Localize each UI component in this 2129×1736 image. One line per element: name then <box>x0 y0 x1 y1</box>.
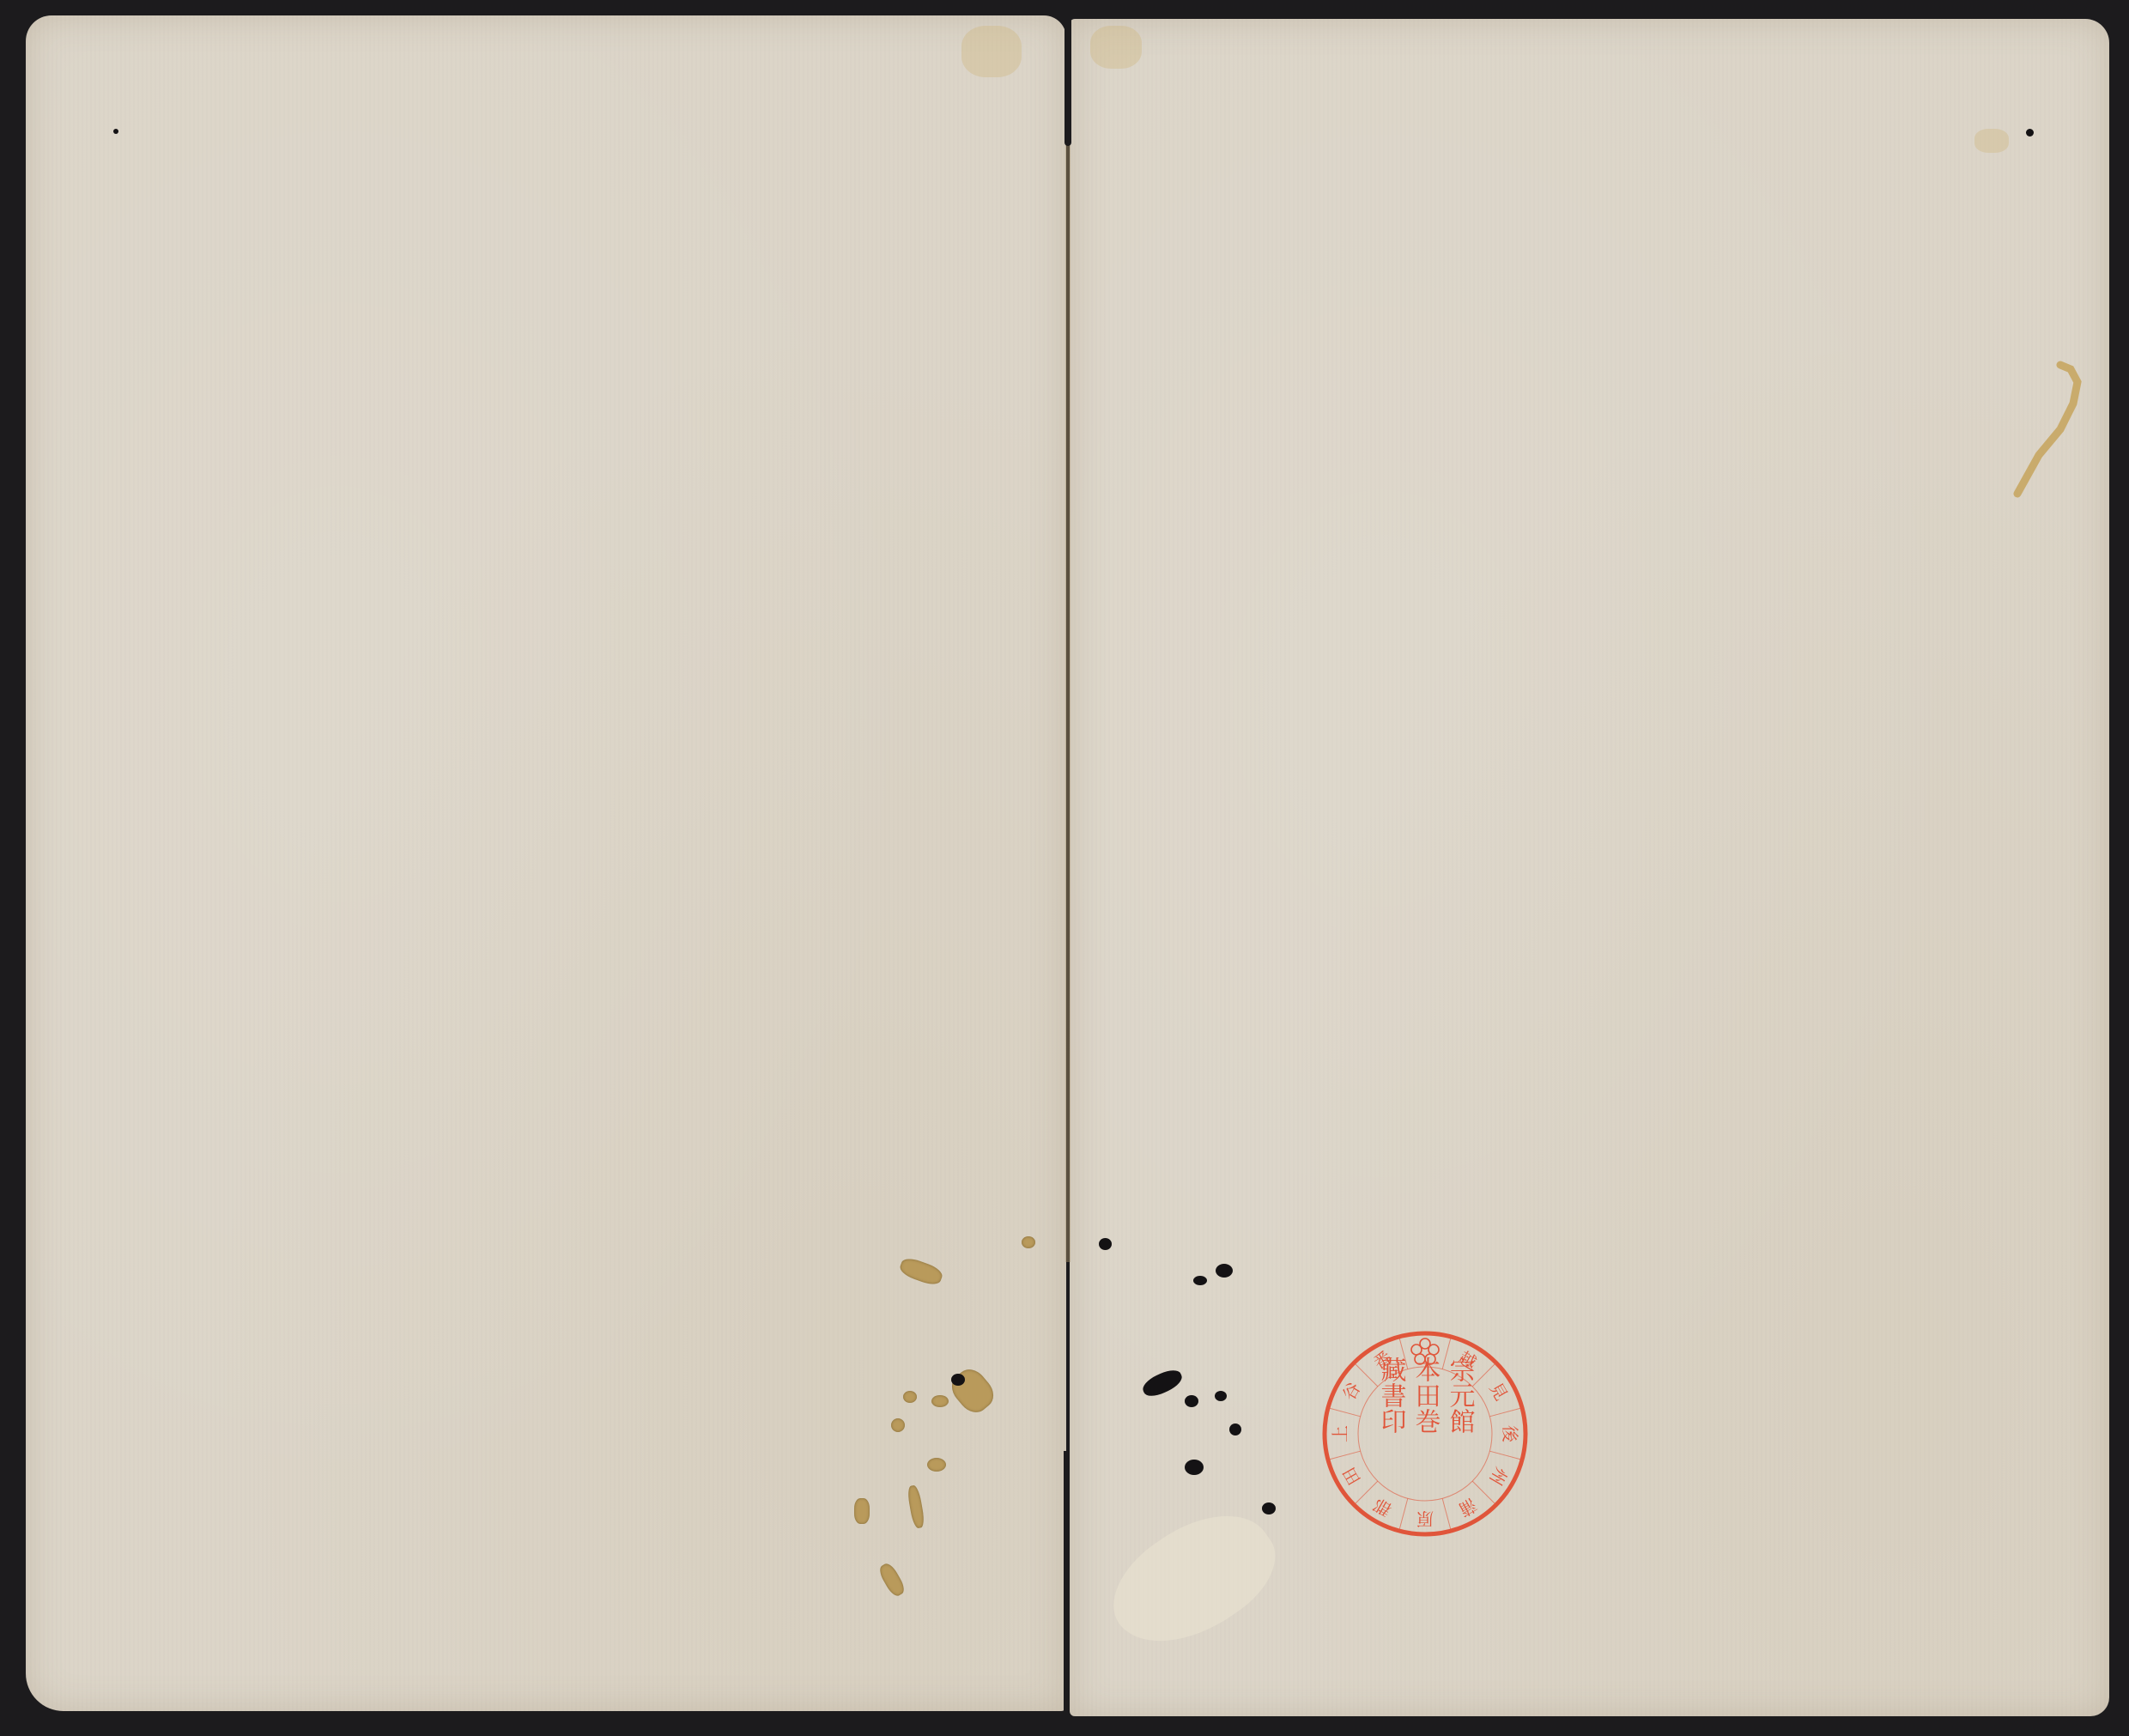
stain <box>1090 26 1142 69</box>
left-page <box>26 15 1066 1711</box>
stain-spot <box>927 1458 946 1472</box>
stain-spot <box>903 1391 917 1403</box>
worm-trail <box>2009 352 2103 498</box>
svg-text:州: 州 <box>1485 1464 1512 1489</box>
stain-spot <box>1022 1236 1035 1248</box>
stain-spot <box>891 1418 905 1432</box>
wormhole <box>1185 1460 1204 1475</box>
spine-gap-top <box>1064 0 1071 146</box>
svg-text:郡: 郡 <box>1370 1494 1395 1521</box>
svg-text:後: 後 <box>1500 1425 1520 1443</box>
svg-text:本田巻: 本田巻 <box>1410 1357 1441 1434</box>
right-page <box>1070 19 2109 1716</box>
svg-text:原: 原 <box>1416 1508 1434 1529</box>
svg-text:見: 見 <box>1485 1379 1512 1404</box>
wormhole <box>1216 1264 1233 1278</box>
wormhole <box>1262 1502 1276 1514</box>
stain-spot <box>854 1498 870 1524</box>
wormhole <box>1229 1423 1241 1436</box>
wormhole <box>1193 1276 1207 1285</box>
svg-text:上: 上 <box>1330 1425 1350 1442</box>
wormhole <box>1215 1391 1227 1401</box>
wormhole <box>113 129 118 134</box>
svg-text:藏書印: 藏書印 <box>1376 1357 1406 1434</box>
wormhole <box>1099 1238 1112 1250</box>
wormhole <box>1185 1395 1198 1407</box>
wormhole <box>2026 129 2034 137</box>
stain <box>1974 129 2009 153</box>
svg-text:田: 田 <box>1338 1464 1365 1489</box>
stain-spot <box>931 1395 949 1407</box>
wormhole <box>951 1374 965 1386</box>
svg-text:宗元館: 宗元館 <box>1445 1357 1475 1434</box>
svg-text:蒲: 蒲 <box>1455 1494 1480 1521</box>
spine-gap-bottom <box>1064 1451 1069 1736</box>
svg-text:谷: 谷 <box>1338 1379 1365 1404</box>
ownership-seal: 越 見 後 州 蒲 原 郡 田 上 谷 番 宗元館 本田巻 藏書印 <box>1318 1328 1532 1539</box>
book-fold <box>1065 86 1071 1262</box>
stain <box>961 26 1022 77</box>
